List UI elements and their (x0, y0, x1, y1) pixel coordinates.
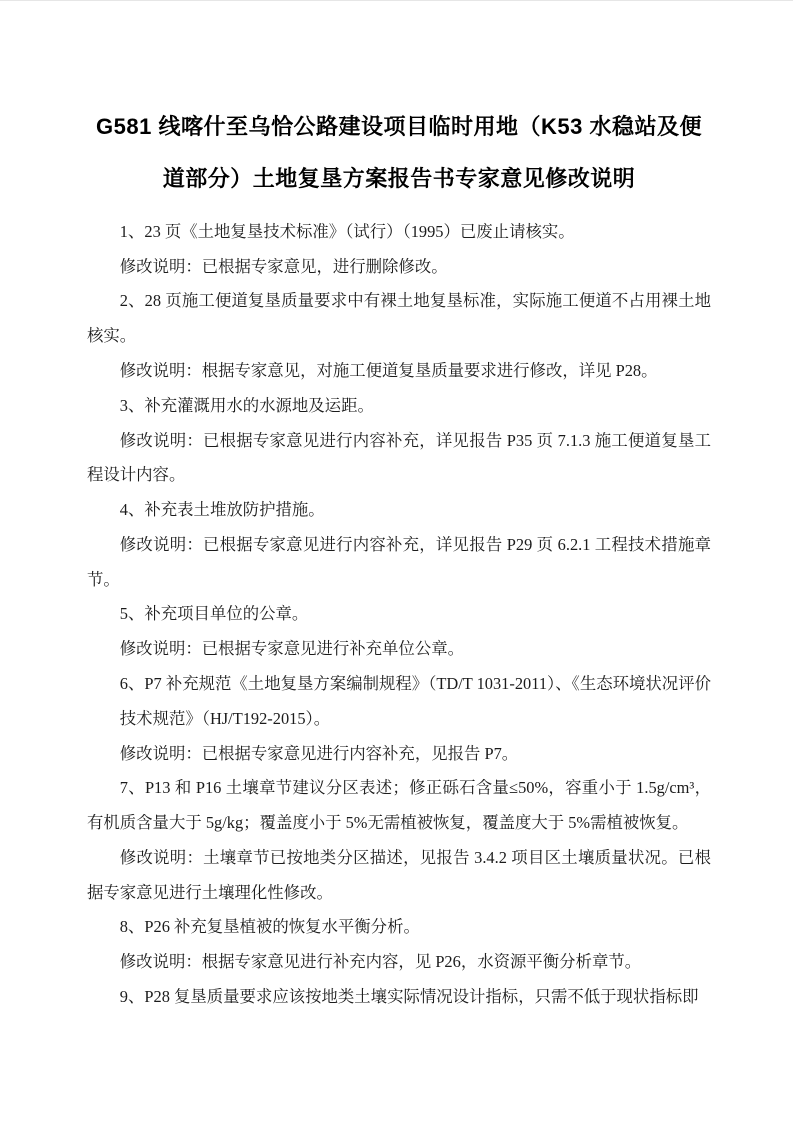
revision-note-4: 修改说明：已根据专家意见进行内容补充，详见报告 P29 页 6.2.1 工程技术… (87, 528, 711, 598)
revision-item-8: 8、P26 补充复垦植被的恢复水平衡分析。 (87, 910, 711, 945)
revision-item-5: 5、补充项目单位的公章。 (87, 597, 711, 632)
revision-note-2: 修改说明：根据专家意见，对施工便道复垦质量要求进行修改，详见 P28。 (87, 354, 711, 389)
revision-item-9: 9、P28 复垦质量要求应该按地类土壤实际情况设计指标，只需不低于现状指标即 (87, 980, 711, 1015)
revision-note-3: 修改说明：已根据专家意见进行内容补充，详见报告 P35 页 7.1.3 施工便道… (87, 424, 711, 494)
document-page: G581 线喀什至乌恰公路建设项目临时用地（K53 水稳站及便道部分）土地复垦方… (0, 0, 793, 1122)
revision-item-3: 3、补充灌溉用水的水源地及运距。 (87, 389, 711, 424)
document-title: G581 线喀什至乌恰公路建设项目临时用地（K53 水稳站及便道部分）土地复垦方… (87, 101, 711, 205)
revision-item-7: 7、P13 和 P16 土壤章节建议分区表述；修正砾石含量≤50%，容重小于 1… (87, 771, 711, 841)
revision-item-6: 6、P7 补充规范《土地复垦方案编制规程》（TD/T 1031-2011）、《生… (87, 667, 711, 737)
revision-note-1: 修改说明：已根据专家意见，进行删除修改。 (87, 250, 711, 285)
revision-note-8: 修改说明：根据专家意见进行补充内容，见 P26，水资源平衡分析章节。 (87, 945, 711, 980)
revision-note-7: 修改说明：土壤章节已按地类分区描述，见报告 3.4.2 项目区土壤质量状况。已根… (87, 841, 711, 911)
revision-note-6: 修改说明：已根据专家意见进行内容补充，见报告 P7。 (87, 737, 711, 772)
revision-item-2: 2、28 页施工便道复垦质量要求中有裸土地复垦标准，实际施工便道不占用裸土地核实… (87, 284, 711, 354)
revision-item-1: 1、23 页《土地复垦技术标准》（试行）（1995）已废止请核实。 (87, 215, 711, 250)
revision-item-4: 4、补充表土堆放防护措施。 (87, 493, 711, 528)
revision-note-5: 修改说明：已根据专家意见进行补充单位公章。 (87, 632, 711, 667)
